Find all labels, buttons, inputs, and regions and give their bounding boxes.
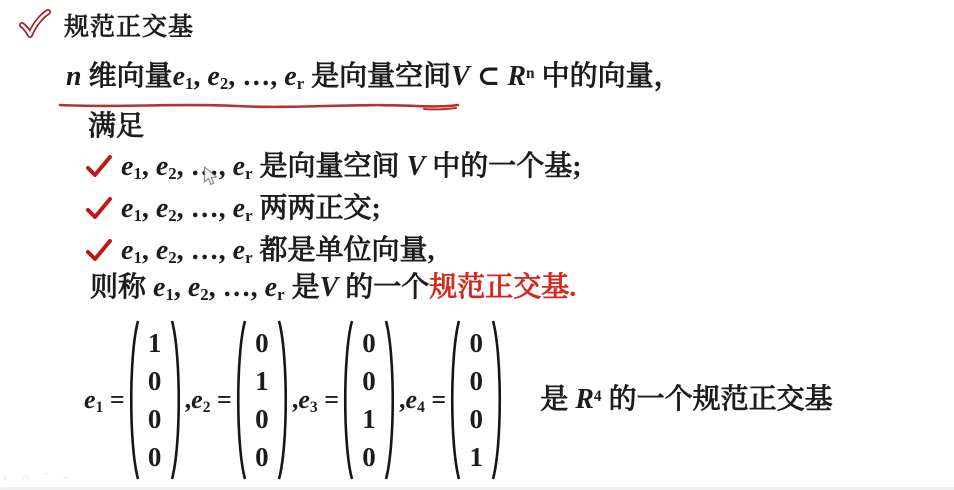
text-segment: e (84, 385, 96, 414)
vector-entry: 1 (355, 401, 383, 437)
text-segment: r (245, 206, 252, 225)
red-check-icon (86, 239, 112, 263)
vector-entry: 0 (141, 401, 169, 437)
text-segment: e (233, 151, 245, 182)
vector-label-e2: ,e2 = (185, 387, 232, 413)
text-segment: n (526, 65, 535, 82)
vector-entry: 1 (248, 363, 276, 399)
text-segment: V (451, 61, 470, 92)
text-segment: 规范正交基. (429, 272, 576, 303)
text-segment: 都是单位向量, (253, 235, 435, 266)
vector-entry: 0 (355, 363, 383, 399)
text-segment: 2 (168, 206, 176, 225)
vector-entry: 0 (248, 439, 276, 475)
vector-entries: 0010 (355, 318, 383, 482)
text-segment: 1 (165, 285, 173, 304)
text-segment: e (173, 61, 185, 92)
text-segment: 2 (203, 399, 211, 416)
left-paren (447, 318, 462, 482)
text-segment: 3 (310, 399, 318, 416)
text-segment: e (191, 385, 203, 414)
text-segment: e (156, 151, 168, 182)
left-paren (340, 318, 355, 482)
text-segment: = (211, 385, 232, 414)
text-segment: 4 (594, 388, 602, 405)
text-segment: V (407, 151, 426, 182)
right-paren (490, 318, 505, 482)
right-paren (383, 318, 398, 482)
text-segment: 1 (133, 164, 141, 183)
column-vector-e2: 0100 (233, 318, 291, 482)
text-segment: n (66, 61, 82, 92)
vector-entry: 1 (462, 439, 490, 475)
bullet-text: e1, e2, …, er 是向量空间 V 中的一个基; (121, 150, 582, 184)
text-segment: e (121, 193, 133, 224)
column-vector-e4: 0001 (447, 318, 505, 482)
left-paren (126, 318, 141, 482)
text-segment: r (277, 285, 284, 304)
text-segment: 是向量空间 (304, 61, 451, 92)
faint-watermark-marks: ι ∩ ˆ ⌐ (4, 472, 76, 484)
vector-entry: 0 (248, 401, 276, 437)
text-segment: 中的向量， (535, 61, 682, 92)
text-segment: 1 (133, 248, 141, 267)
left-paren (233, 318, 248, 482)
text-segment: 2 (168, 164, 176, 183)
satisfy-label: 满足 (88, 110, 144, 144)
text-segment: e (233, 235, 245, 266)
text-segment: R (575, 384, 594, 415)
text-segment: ⊂ (470, 61, 507, 92)
vector-entry: 0 (462, 325, 490, 361)
text-segment: 中的一个基; (425, 151, 581, 182)
text-segment: 是向量空间 (253, 151, 407, 182)
text-segment: e (121, 151, 133, 182)
red-check-icon (86, 155, 112, 179)
right-paren (169, 318, 184, 482)
text-segment: , …, (228, 61, 284, 92)
text-segment: e (153, 272, 165, 303)
vector-entry: 0 (248, 325, 276, 361)
bullet-text: e1, e2, …, er 都是单位向量, (121, 234, 435, 268)
vector-label-e3: ,e3 = (292, 387, 339, 413)
text-segment: , (142, 235, 156, 266)
vector-entry: 0 (462, 363, 490, 399)
text-segment: e (207, 61, 219, 92)
text-segment: 4 (417, 399, 425, 416)
vector-entries: 0001 (462, 318, 490, 482)
text-segment: r (245, 164, 252, 183)
column-vector-e3: 0010 (340, 318, 398, 482)
text-segment: R (507, 61, 526, 92)
vector-entry: 0 (462, 401, 490, 437)
text-segment: 的一个规范正交基 (602, 384, 833, 415)
example-tail-sentence: 是 R4 的一个规范正交基 (540, 383, 832, 417)
vector-entry: 0 (141, 439, 169, 475)
text-segment: , (142, 151, 156, 182)
vector-label-e1: e1 = (84, 387, 125, 413)
text-segment: V (320, 272, 339, 303)
text-segment: , (142, 193, 156, 224)
text-segment: e (156, 193, 168, 224)
text-segment: e (284, 61, 296, 92)
text-segment: r (297, 74, 304, 93)
vector-entry: 0 (141, 363, 169, 399)
vector-entries: 0100 (248, 318, 276, 482)
text-segment: , …, (177, 235, 233, 266)
text-segment: 2 (168, 248, 176, 267)
page-title: 规范正交基 (64, 7, 194, 43)
intro-sentence: n 维向量e1, e2, …, er 是向量空间V ⊂ Rn 中的向量， (66, 60, 682, 94)
text-segment: 则称 (90, 272, 153, 303)
vector-entry: 0 (355, 439, 383, 475)
bullet-item-orthogonal: e1, e2, …, er 两两正交; (86, 192, 381, 226)
text-segment: , (193, 61, 207, 92)
text-segment: r (245, 248, 252, 267)
text-segment: e (406, 385, 418, 414)
bullet-item-basis: e1, e2, …, er 是向量空间 V 中的一个基; (86, 150, 582, 184)
text-segment: 1 (185, 74, 193, 93)
text-segment: e (121, 235, 133, 266)
text-segment: e (233, 193, 245, 224)
example-vectors-row: e1 = 1000 ,e2 = 0100 ,e3 = 0010 ,e4 = 00… (84, 316, 833, 484)
text-segment: 是 (285, 272, 320, 303)
conclusion-sentence: 则称 e1, e2, …, er 是V 的一个规范正交基. (90, 271, 576, 305)
text-segment: = (103, 385, 124, 414)
text-segment: 2 (220, 74, 228, 93)
text-segment: e (188, 272, 200, 303)
right-paren (276, 318, 291, 482)
text-segment: e (265, 272, 277, 303)
text-segment: , …, (177, 193, 233, 224)
text-segment: , (174, 272, 188, 303)
column-vector-e1: 1000 (126, 318, 184, 482)
text-segment: 的一个 (338, 272, 429, 303)
text-segment: = (318, 385, 339, 414)
text-segment: , …, (209, 272, 265, 303)
satisfy-text: 满足 (88, 111, 144, 142)
bullet-item-unit: e1, e2, …, er 都是单位向量, (86, 234, 435, 268)
lecture-slide: 规范正交基 n 维向量e1, e2, …, er 是向量空间V ⊂ Rn 中的向… (0, 0, 954, 490)
vector-entry: 0 (355, 325, 383, 361)
text-segment: 2 (200, 285, 208, 304)
outlined-check-icon (17, 8, 51, 40)
text-segment: e (298, 385, 310, 414)
mouse-cursor-icon (203, 166, 218, 187)
text-segment: 是 (540, 384, 575, 415)
text-segment: 1 (133, 206, 141, 225)
vector-entries: 1000 (141, 318, 169, 482)
text-segment: 1 (96, 399, 104, 416)
red-check-icon (86, 197, 112, 221)
text-segment: 两两正交; (253, 193, 381, 224)
vector-entry: 1 (141, 325, 169, 361)
text-segment: = (425, 385, 446, 414)
vector-label-e4: ,e4 = (399, 387, 446, 413)
text-segment: e (156, 235, 168, 266)
text-segment: 维向量 (82, 61, 173, 92)
bullet-text: e1, e2, …, er 两两正交; (121, 192, 381, 226)
